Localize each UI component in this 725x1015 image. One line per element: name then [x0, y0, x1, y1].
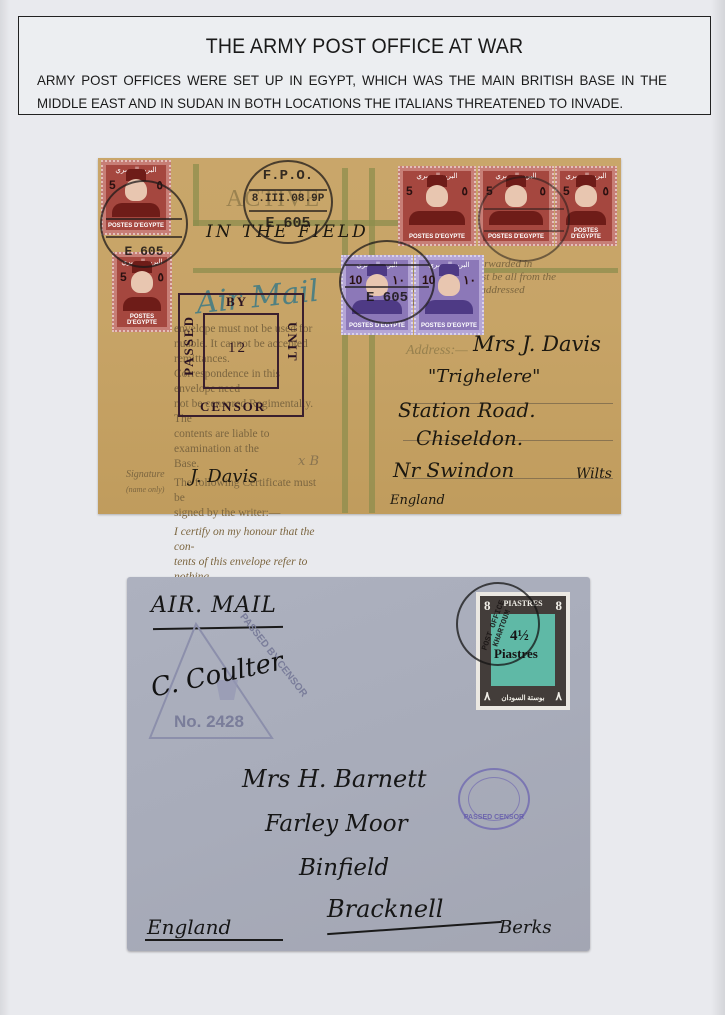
stamp-arabic-footer: بوستة السودان — [494, 694, 552, 702]
signature-label: Signature (name only) — [126, 467, 165, 497]
signature-label-text: Signature — [126, 467, 165, 482]
page-edge-shadow — [711, 0, 725, 1015]
postmark-bar — [249, 189, 327, 191]
stamp-arabic-corner: ٨ — [556, 689, 562, 704]
stamp-egypt-5m: البريد المصري 5 ٥ POSTES D'EGYPTE — [398, 166, 476, 246]
portrait-coat — [123, 297, 161, 311]
address-line: Berks — [499, 917, 552, 938]
address-line: Wilts — [576, 466, 612, 482]
portrait — [131, 271, 153, 293]
triangle-censor-number: No. 2428 — [174, 712, 244, 732]
stamp-arabic-value: ١٠ — [463, 273, 476, 287]
fpo-postmark — [478, 176, 570, 262]
round-censor-text: PASSED CENSOR — [460, 814, 528, 821]
address-underline — [145, 939, 283, 941]
printed-border — [369, 168, 375, 513]
page-header-panel: THE ARMY POST OFFICE AT WAR ARMY POST OF… — [18, 16, 711, 115]
fpo-postmark: E 605 — [100, 180, 188, 268]
postmark-date: 8.III.08.9P — [245, 193, 331, 205]
postmark-bottom-text: E 605 — [102, 244, 186, 259]
stamp-value: 5 — [120, 270, 127, 284]
page-title: THE ARMY POST OFFICE AT WAR — [43, 35, 686, 59]
stamp-caption: POSTES D'EGYPTE — [403, 234, 471, 240]
fpo-postmark: F.P.O. 8.III.08.9P E 605 — [243, 160, 333, 244]
portrait — [575, 185, 597, 207]
address-line: Mrs J. Davis — [473, 332, 601, 356]
portrait-coat — [566, 211, 606, 225]
postmark-bar — [345, 286, 429, 288]
text-line: contents are liable to examination at th… — [174, 427, 324, 457]
censor-text-top: BY — [226, 294, 248, 310]
censor-text-right: UNIT — [284, 322, 300, 363]
address-line: England — [390, 493, 445, 508]
stamp-caption: POSTES D'EGYPTE — [117, 314, 167, 326]
address-line: England — [147, 915, 231, 939]
address-line: Mrs H. Barnett — [242, 765, 427, 793]
postmark-bar — [484, 208, 564, 210]
round-censor-mark: PASSED CENSOR — [458, 768, 530, 830]
censor-number: 12 — [228, 340, 247, 357]
portrait — [438, 274, 460, 296]
address-line: Chiseldon. — [416, 426, 523, 450]
stamp-caption: POSTES D'EGYPTE — [346, 323, 408, 329]
stamp-arabic-corner: ٨ — [484, 689, 490, 704]
censor-text-bottom: CENSOR — [200, 399, 266, 415]
sudan-postmark: POST OFFICE KHARTOUM — [456, 582, 540, 666]
postmark-bar — [484, 230, 564, 232]
text-line: I certify on my honour that the con- — [174, 525, 324, 555]
postmark-bottom-text: E 605 — [245, 215, 331, 232]
stamp-arabic-value: ٥ — [462, 184, 468, 198]
stamp-arabic-value: ٥ — [603, 184, 609, 198]
signature-sublabel-text: (name only) — [126, 482, 165, 497]
stamp-caption: POSTES D'EGYPTE — [419, 323, 479, 329]
postmark-bar — [249, 210, 327, 212]
postmark-top-text: F.P.O. — [245, 168, 331, 184]
page-description: ARMY POST OFFICES WERE SET UP IN EGYPT, … — [37, 69, 667, 115]
stamp-arabic-value: ٥ — [158, 270, 164, 284]
postmark-bottom-text: E 605 — [341, 290, 433, 306]
printed-border — [342, 168, 348, 513]
text-line: signed by the writer:— — [174, 506, 324, 521]
portrait-coat — [409, 211, 465, 225]
printed-border — [193, 164, 199, 226]
fpo-postmark: E 605 — [339, 240, 435, 324]
page-edge-shadow — [0, 0, 10, 1015]
stamp-value: 5 — [563, 184, 570, 198]
address-label: Address:— — [406, 343, 468, 358]
address-line: Binfield — [299, 855, 389, 881]
airmail-manuscript: AIR. MAIL — [151, 593, 277, 618]
postmark-text: POST OFFICE KHARTOUM — [476, 586, 520, 667]
address-line: Station Road. — [398, 398, 536, 422]
censor-text-left: PASSED — [181, 315, 197, 376]
postmark-bar — [106, 218, 182, 220]
stamp-value: 5 — [406, 184, 413, 198]
postmark-bar — [345, 264, 429, 266]
portrait — [426, 185, 448, 207]
address-line: Farley Moor — [265, 811, 408, 837]
address-line: "Trighelere" — [428, 366, 540, 387]
sender-signature: J. Davis — [190, 466, 258, 487]
address-line: Bracknell — [327, 895, 443, 923]
address-line: Nr Swindon — [393, 458, 514, 482]
pencil-initials: x B — [298, 454, 319, 469]
postmark-bar — [106, 236, 182, 238]
